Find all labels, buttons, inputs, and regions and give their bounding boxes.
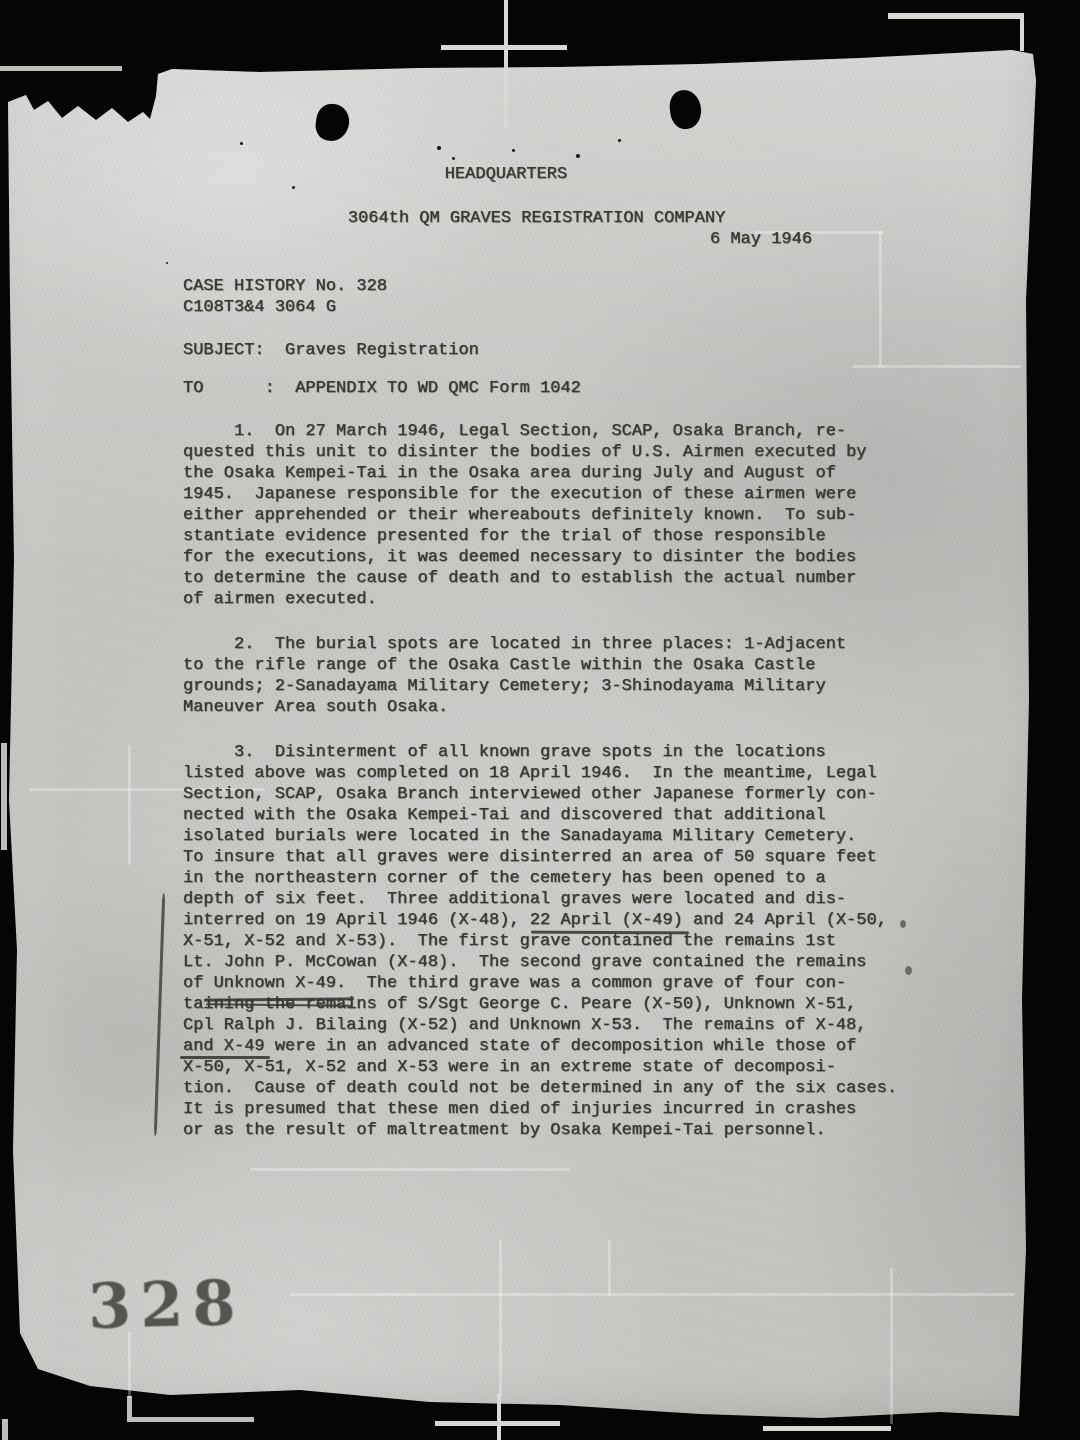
paragraph-3: 3. Disinterment of all known grave spots… [183,742,943,1141]
unit-name-line: 3064th QM GRAVES REGISTRATION COMPANY [348,209,725,228]
paragraph-1: 1. On 27 March 1946, Legal Section, SCAP… [183,421,923,610]
date-line: 6 May 1946 [710,229,812,250]
headquarters-line: HEADQUARTERS [445,165,567,184]
scanned-document-photo: HEADQUARTERS 3064th QM GRAVES REGISTRATI… [0,0,1080,1440]
case-history-block: CASE HISTORY No. 328 C108T3&4 3064 G [183,276,387,318]
letterhead: HEADQUARTERS 3064th QM GRAVES REGISTRATI… [150,164,862,230]
page-number-stamp: 328 [87,1266,245,1343]
typed-text-layer: HEADQUARTERS 3064th QM GRAVES REGISTRATI… [0,0,1080,1440]
to-line: TO : APPENDIX TO WD QMC Form 1042 [183,378,581,399]
underline-and-x49 [180,1056,270,1059]
paragraph-2: 2. The burial spots are located in three… [183,634,923,718]
subject-line: SUBJECT: Graves Registration [183,340,479,361]
